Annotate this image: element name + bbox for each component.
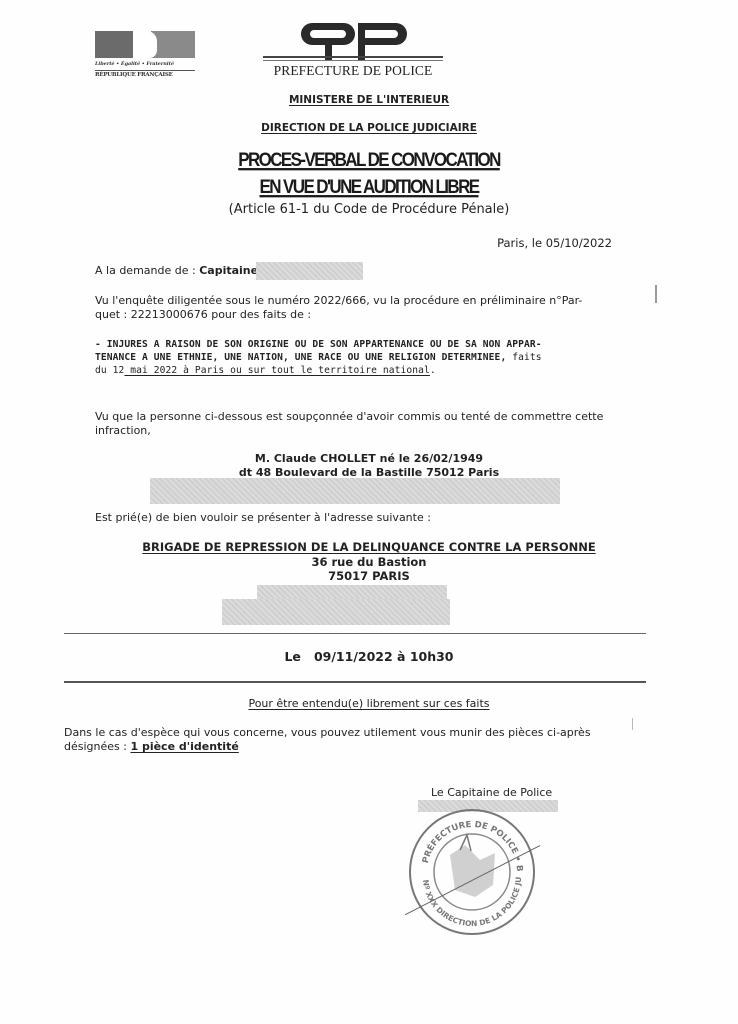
divider [64,633,646,634]
purpose: Pour être entendu(e) librement sur ces f… [0,697,738,711]
office-city: 75017 PARIS [0,569,738,583]
suspicion-statement: Vu que la personne ci-dessous est soupço… [95,410,655,438]
scan-mark [632,718,633,730]
logo-rule [263,60,443,61]
place-date: Paris, le 05/10/2022 [497,236,612,250]
required-documents: Dans le cas d'espèce qui vous concerne, … [64,726,664,754]
official-stamp-icon: PRÉFECTURE DE POLICE • BDL Nº XXX DIRECT… [405,805,540,940]
office-street: 36 rue du Bastion [0,555,738,569]
scan-mark [655,285,657,303]
republic-label: RÉPUBLIQUE FRANÇAISE [95,70,195,78]
appointment-datetime: Le 09/11/2022 à 10h30 [0,650,738,664]
logo-rule [263,56,443,58]
convocation-document: Liberté • Égalité • Fraternité RÉPUBLIQU… [0,0,738,1024]
person-name: M. Claude CHOLLET né le 26/02/1949 [0,452,738,466]
requester-rank: Capitaine [199,264,258,277]
document-title-line2: EN VUE D'UNE AUDITION LIBRE [0,176,738,199]
office-name: BRIGADE DE REPRESSION DE LA DELINQUANCE … [0,540,738,554]
document-title-line1: PROCES-VERBAL DE CONVOCATION [0,149,738,172]
charges: - INJURES A RAISON DE SON ORIGINE OU DE … [95,338,655,377]
redacted-office-detail [257,585,447,600]
summons-intro: Est prié(e) de bien vouloir se présenter… [95,511,431,525]
redacted-office-detail [222,599,450,625]
requester: A la demande de : Capitaine [95,264,258,278]
signatory-title: Le Capitaine de Police [431,786,552,800]
redacted-address [150,478,560,504]
divider [64,681,646,683]
investigation-reference: Vu l'enquête diligentée sous le numéro 2… [95,294,655,322]
republique-francaise-logo: Liberté • Égalité • Fraternité RÉPUBLIQU… [95,31,195,83]
prefecture-name: PREFECTURE DE POLICE [263,63,443,79]
republic-motto: Liberté • Égalité • Fraternité [95,61,195,67]
marianne-icon [95,31,195,58]
redacted-name [256,262,363,280]
ministry-heading: MINISTERE DE L'INTERIEUR [0,94,738,106]
document-subtitle: (Article 61-1 du Code de Procédure Pénal… [0,202,738,217]
direction-heading: DIRECTION DE LA POLICE JUDICIAIRE [0,122,738,134]
